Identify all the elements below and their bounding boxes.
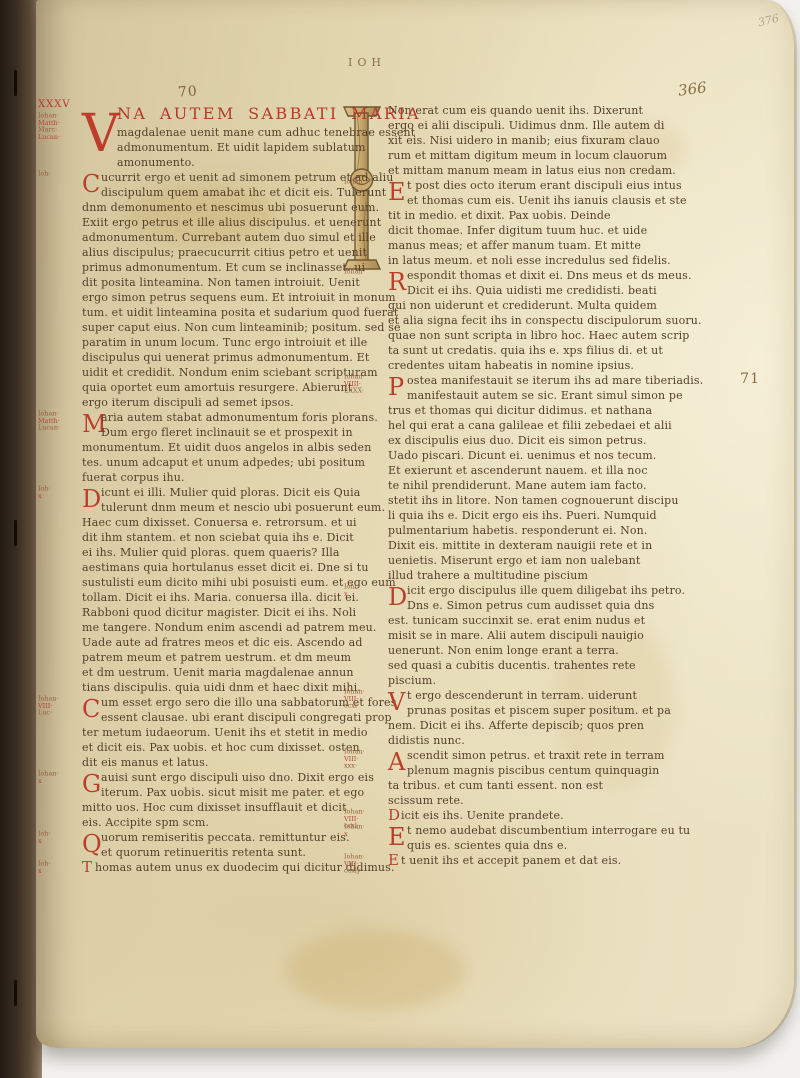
canon-ref-line: Ioh·: [38, 486, 75, 493]
manuscript-text-line: ta tribus. et cum tanti essent. non est: [388, 778, 762, 793]
rubricated-initial: G: [82, 771, 99, 798]
manuscript-text-line: scendit simon petrus. et traxit rete in …: [388, 748, 762, 763]
manuscript-text-line: et thomas cum eis. Uenit ihs ianuis clau…: [388, 193, 762, 208]
quire-mark: 71: [740, 371, 760, 387]
eusebian-canon-note: Iohan·: [344, 179, 381, 186]
manuscript-text-line: mitto uos. Hoc cum dixisset insufflauit …: [82, 800, 383, 815]
eusebian-canon-note: Iohan·VIIII·LXXX·: [344, 374, 381, 395]
manuscript-text-line: Et exierunt et ascenderunt nauem. et ill…: [388, 463, 762, 478]
column-right: Non erat cum eis quando uenit ihs. Dixer…: [388, 103, 762, 868]
text-segment: Iohan·VIII·ccxlyEt uenit ihs et accepit …: [388, 853, 762, 868]
canon-ref-line: Lucan·: [38, 425, 75, 432]
manuscript-text-line: tit in medio. et dixit. Pax uobis. Deind…: [388, 208, 762, 223]
manuscript-text-line: stetit ihs in litore. Non tamen cognouer…: [388, 493, 762, 508]
manuscript-text-line: espondit thomas et dixit ei. Dns meus et…: [388, 268, 762, 283]
manuscript-text-line: uenerunt. Non enim longe erant a terra.: [388, 643, 762, 658]
text-segment: Ioh·xDicunt ei illi. Mulier quid ploras.…: [82, 485, 383, 695]
manuscript-text-line: t ergo descenderunt in terram. uiderunt: [388, 688, 762, 703]
manuscript-text-line: quae non sunt scripta in libro hoc. Haec…: [388, 328, 762, 343]
manuscript-text-line: super caput eius. Non cum linteaminib; p…: [82, 320, 383, 335]
manuscript-text-line: ex discipulis eius duo. Dicit eis simon …: [388, 433, 762, 448]
manuscript-text-line: ergo iterum discipuli ad semet ipsos.: [82, 395, 383, 410]
canon-ref-line: ccxl·: [344, 703, 381, 710]
manuscript-text-line: ta sunt ut credatis. quia ihs e. xps fil…: [388, 343, 762, 358]
manuscript-text-line: admonumentum. Et uidit lapidem sublatum: [82, 140, 383, 155]
manuscript-text-line: in latus meum. et noli esse incredulus s…: [388, 253, 762, 268]
manuscript-text-line: amonumento.: [82, 155, 383, 170]
manuscript-text-line: tum. et uidit linteamina posita et sudar…: [82, 305, 383, 320]
manuscript-page: IOH 366 376 70 XXXVIohan·Matth·Marc·Luca…: [36, 0, 794, 1048]
canon-ref-line: Ioh·: [38, 831, 75, 838]
manuscript-text-line: Uado piscari. Dicunt ei. uenimus et nos …: [388, 448, 762, 463]
manuscript-text-line: dit eis manus et latus.: [82, 755, 383, 770]
rubricated-initial: Q: [82, 831, 99, 858]
manuscript-text-line: um esset ergo sero die illo una sabbator…: [82, 695, 383, 710]
manuscript-text-line: misit se in mare. Alii autem discipuli n…: [388, 628, 762, 643]
eusebian-canon-note: Iohan·VIII·xxx·: [344, 749, 381, 770]
text-segment: Iohan·VIII·Luc·Cum esset ergo sero die i…: [82, 695, 383, 770]
text-segment: Iohan·VIII·ccxl·Dicit eis ihs. Uenite pr…: [388, 808, 762, 823]
manuscript-text-line: patrem meum et patrem uestrum. et dm meu…: [82, 650, 383, 665]
manuscript-text-line: magdalenae uenit mane cum adhuc tenebrae…: [82, 125, 383, 140]
manuscript-text-line: et dm uestrum. Uenit maria magdalenae an…: [82, 665, 383, 680]
manuscript-text-line: ei ihs. Mulier quid ploras. quem quaeris…: [82, 545, 383, 560]
eusebian-canon-note: Ioh·x: [38, 486, 75, 500]
canon-ref-line: Iohan·: [344, 824, 381, 831]
manuscript-text-line: dnm demonumento et nescimus ubi posuerun…: [82, 200, 383, 215]
manuscript-text-line: Dum ergo fleret inclinauit se et prospex…: [82, 425, 383, 440]
manuscript-text-line: illud trahere a multitudine piscium: [388, 568, 762, 583]
manuscript-text-line: qui non uiderunt et crediderunt. Multa q…: [388, 298, 762, 313]
manuscript-text-line: ter metum iudaeorum. Uenit ihs et stetit…: [82, 725, 383, 740]
manuscript-text-line: alius discipulus; praecucurrit citius pe…: [82, 245, 383, 260]
canon-ref-line: Luc·: [38, 710, 75, 717]
manuscript-text-line: quia oportet eum amortuis resurgere. Abi…: [82, 380, 383, 395]
manuscript-text-line: scissum rete.: [388, 793, 762, 808]
rubricated-initial: D: [388, 808, 400, 823]
manuscript-text-line: Haec cum dixisset. Conuersa e. retrorsum…: [82, 515, 383, 530]
canon-ref-line: Iohan·: [344, 269, 381, 276]
manuscript-text-line: ostea manifestauit se iterum ihs ad mare…: [388, 373, 762, 388]
manuscript-text-line: li quia ihs e. Dicit ergo eis ihs. Pueri…: [388, 508, 762, 523]
running-title: IOH: [348, 56, 386, 69]
column-left: XXXVIohan·Matth·Marc·Lucan·VNA AUTEM SAB…: [82, 103, 383, 875]
text-segment: Ioh·xQuorum remiseritis peccata. remittu…: [82, 830, 383, 860]
rubricated-initial: V: [388, 689, 405, 716]
rubricated-initial: E: [388, 179, 405, 206]
manuscript-text-line: discipulum quem amabat ihc et dicit eis.…: [82, 185, 383, 200]
text-segment: Iohan·VIIII·LXXX·71Postea manifestauit s…: [388, 373, 762, 583]
manuscript-text-line: hel qui erat a cana galileae et filii ze…: [388, 418, 762, 433]
text-segment: Iohan·Matth·Lucan·Maria autem stabat adm…: [82, 410, 383, 485]
text-segment: Iohan·Et post dies octo iterum erant dis…: [388, 178, 762, 268]
manuscript-text-line: icit eis ihs. Uenite prandete.: [388, 808, 762, 823]
text-segment: Iohan·Respondit thomas et dixit ei. Dns …: [388, 268, 762, 373]
manuscript-text-line: icunt ei illi. Mulier quid ploras. Dicit…: [82, 485, 383, 500]
eusebian-canon-note: Ioh·x: [38, 831, 75, 845]
canon-ref-line: LXXX·: [344, 388, 381, 395]
chapter-number: XXXV: [38, 99, 71, 110]
manuscript-text-line: manifestauit autem se sic. Erant simul s…: [388, 388, 762, 403]
rubricated-initial: E: [388, 824, 405, 851]
manuscript-text-line: quis es. scientes quia dns e.: [388, 838, 762, 853]
rubricated-initial: D: [388, 584, 405, 611]
text-segment: XXXVIohan·Matth·Marc·Lucan·VNA AUTEM SAB…: [82, 103, 383, 170]
manuscript-text-line: Dixit eis. mittite in dexteram nauigii r…: [388, 538, 762, 553]
manuscript-text-line: primus admonumentum. Et cum se inclinass…: [82, 260, 383, 275]
canon-ref-line: Ioh·: [38, 861, 75, 868]
manuscript-text-line: sed quasi a cubitis ducentis. trahentes …: [388, 658, 762, 673]
canon-ref-line: Ioh·: [38, 171, 75, 178]
manuscript-text-line: Non erat cum eis quando uenit ihs. Dixer…: [388, 103, 762, 118]
text-segment: Iohan·VIII·ccxl·Vt ergo descenderunt in …: [388, 688, 762, 748]
manuscript-text-line: et alia signa fecit ihs in conspectu dis…: [388, 313, 762, 328]
manuscript-text-line: t uenit ihs et accepit panem et dat eis.: [388, 853, 762, 868]
manuscript-text-line: aestimans quia hortulanus esset dicit ei…: [82, 560, 383, 575]
manuscript-text-line: tollam. Dicit ei ihs. Maria. conuersa il…: [82, 590, 383, 605]
binding-stitch: [14, 70, 17, 96]
canon-ref-line: xxx·: [344, 763, 381, 770]
incipit-heading: NA AUTEM SABBATI MARIA: [82, 103, 383, 125]
manuscript-text-line: xit eis. Nisi uidero in manib; eius fixu…: [388, 133, 762, 148]
manuscript-text-line: ergo ei alii discipuli. Uidimus dnm. Ill…: [388, 118, 762, 133]
manuscript-text-line: dit ihm stantem. et non sciebat quia ihs…: [82, 530, 383, 545]
eusebian-canon-note: Iohan·Matth·Lucan·: [38, 411, 75, 432]
eusebian-canon-note: Iohan·VIII·ccxly: [344, 854, 381, 875]
manuscript-text-line: manus meas; et affer manum tuam. Et mitt…: [388, 238, 762, 253]
quire-mark: 70: [177, 83, 198, 100]
manuscript-text-line: eis. Accipite spm scm.: [82, 815, 383, 830]
rubricated-initial: D: [82, 486, 99, 513]
manuscript-text-line: t nemo audebat discumbentium interrogare…: [388, 823, 762, 838]
canon-ref-line: x: [344, 831, 381, 838]
canon-ref-line: x: [38, 868, 75, 875]
manuscript-text-line: homas autem unus ex duodecim qui dicitur…: [82, 860, 383, 875]
rubricated-initial: C: [82, 696, 99, 723]
manuscript-photo: { "page": { "running_title": "IOH", "fol…: [0, 0, 800, 1078]
manuscript-text-line: essent clausae. ubi erant discipuli cong…: [82, 710, 383, 725]
manuscript-text-line: uenietis. Miserunt ergo et iam non ualeb…: [388, 553, 762, 568]
binding-stitch: [14, 980, 17, 1006]
eusebian-canon-note: Iohan·: [344, 269, 381, 276]
text-segment: Non erat cum eis quando uenit ihs. Dixer…: [388, 103, 762, 178]
manuscript-text-line: tulerunt dnm meum et nescio ubi posuerun…: [82, 500, 383, 515]
text-segment: Ioh·Cucurrit ergo et uenit ad simonem pe…: [82, 170, 383, 410]
canon-ref-line: Iohan·: [38, 771, 75, 778]
manuscript-text-line: rum et mittam digitum meum in locum clau…: [388, 148, 762, 163]
manuscript-text-line: Rabboni quod dicitur magister. Dicit ei …: [82, 605, 383, 620]
rubricated-initial: T: [82, 860, 94, 875]
eusebian-canon-note: Ioh·x: [344, 584, 381, 598]
rubricated-initial: P: [388, 374, 405, 401]
text-segment: Iohan·xGauisi sunt ergo discipuli uiso d…: [82, 770, 383, 830]
rubricated-initial: E: [388, 853, 400, 868]
manuscript-text-line: me tangere. Nondum enim ascendi ad patre…: [82, 620, 383, 635]
manuscript-text-line: t post dies octo iterum erant discipuli …: [388, 178, 762, 193]
parchment-stain: [286, 930, 466, 1010]
canon-ref-line: ccxly: [344, 868, 381, 875]
eusebian-canon-note: Ioh·x: [38, 861, 75, 875]
manuscript-text-line: didistis nunc.: [388, 733, 762, 748]
manuscript-text-line: nem. Dicit ei ihs. Afferte depiscib; quo…: [388, 718, 762, 733]
text-segment: Iohan·xEt nemo audebat discumbentium int…: [388, 823, 762, 853]
rubricated-initial: R: [388, 269, 405, 296]
manuscript-text-line: pulmentarium habetis. responderunt ei. N…: [388, 523, 762, 538]
manuscript-text-line: et quorum retinueritis retenta sunt.: [82, 845, 383, 860]
eusebian-canon-note: Iohan·VIII·ccxl·: [344, 689, 381, 710]
manuscript-text-line: Exiit ergo petrus et ille alius discipul…: [82, 215, 383, 230]
manuscript-text-line: te nihil prendiderunt. Mane autem iam fa…: [388, 478, 762, 493]
rubricated-initial: M: [82, 411, 99, 438]
manuscript-text-line: Uade aute ad fratres meos et dic eis. As…: [82, 635, 383, 650]
canon-ref-line: x: [344, 591, 381, 598]
manuscript-text-line: auisi sunt ergo discipuli uiso dno. Dixi…: [82, 770, 383, 785]
eusebian-canon-note: Ioh·: [38, 171, 75, 178]
manuscript-text-line: monumentum. Et uidit duos angelos in alb…: [82, 440, 383, 455]
canon-ref-line: Ioh·: [344, 584, 381, 591]
canon-ref-line: x: [38, 778, 75, 785]
rubricated-initial: C: [82, 171, 99, 198]
manuscript-text-line: plenum magnis piscibus centum quinquagin: [388, 763, 762, 778]
manuscript-text-line: ucurrit ergo et uenit ad simonem petrum …: [82, 170, 383, 185]
eusebian-canon-note: Iohan·x: [344, 824, 381, 838]
manuscript-text-line: sustulisti eum dicito mihi ubi posuisti …: [82, 575, 383, 590]
manuscript-text-line: et mittam manum meam in latus eius non c…: [388, 163, 762, 178]
eusebian-canon-note: Iohan·Matth·Marc·Lucan·: [38, 113, 75, 141]
manuscript-text-line: discipulus qui uenerat primus admonument…: [82, 350, 383, 365]
text-segment: Iohan·VIII·xxx·Ascendit simon petrus. et…: [388, 748, 762, 808]
manuscript-text-line: iterum. Pax uobis. sicut misit me pater.…: [82, 785, 383, 800]
canon-ref-line: Iohan·: [344, 179, 381, 186]
canon-ref-line: x: [38, 493, 75, 500]
text-segment: Ioh·xThomas autem unus ex duodecim qui d…: [82, 860, 383, 875]
manuscript-text-line: ergo simon petrus sequens eum. Et introi…: [82, 290, 383, 305]
binding-stitch: [14, 520, 17, 546]
manuscript-text-line: admonumentum. Currebant autem duo simul …: [82, 230, 383, 245]
manuscript-text-line: dicit thomae. Infer digitum tuum huc. et…: [388, 223, 762, 238]
manuscript-text-line: icit ergo discipulus ille quem diligebat…: [388, 583, 762, 598]
manuscript-text-line: tians discipulis. quia uidi dnm et haec …: [82, 680, 383, 695]
manuscript-text-line: dit posita linteamina. Non tamen introiu…: [82, 275, 383, 290]
manuscript-text-line: trus et thomas qui dicitur didimus. et n…: [388, 403, 762, 418]
eusebian-canon-note: Iohan·VIII·Luc·: [38, 696, 75, 717]
pencil-foliation: 376: [757, 12, 781, 30]
manuscript-text-line: Dns e. Simon petrus cum audisset quia dn…: [388, 598, 762, 613]
manuscript-text-line: aria autem stabat admonumentum foris plo…: [82, 410, 383, 425]
text-segment: Ioh·xDicit ergo discipulus ille quem dil…: [388, 583, 762, 688]
manuscript-text-line: paratim in unum locum. Tunc ergo introiu…: [82, 335, 383, 350]
canon-ref-line: Lucan·: [38, 134, 75, 141]
manuscript-text-line: uorum remiseritis peccata. remittuntur e…: [82, 830, 383, 845]
manuscript-text-line: fuerat corpus ihu.: [82, 470, 383, 485]
manuscript-text-line: tes. unum adcaput et unum adpedes; ubi p…: [82, 455, 383, 470]
manuscript-text-line: piscium.: [388, 673, 762, 688]
eusebian-canon-note: Iohan·x: [38, 771, 75, 785]
manuscript-text-line: uidit et credidit. Nondum enim sciebant …: [82, 365, 383, 380]
manuscript-text-line: est. tunicam succinxit se. erat enim nud…: [388, 613, 762, 628]
rubricated-initial: A: [388, 749, 405, 776]
canon-ref-line: x: [38, 838, 75, 845]
manuscript-text-line: Dicit ei ihs. Quia uidisti me credidisti…: [388, 283, 762, 298]
manuscript-text-line: prunas positas et piscem super positum. …: [388, 703, 762, 718]
rubricated-initial: V: [82, 106, 115, 162]
manuscript-text-line: credentes uitam habeatis in nomine ipsiu…: [388, 358, 762, 373]
manuscript-text-line: et dicit eis. Pax uobis. et hoc cum dixi…: [82, 740, 383, 755]
folio-number: 366: [677, 78, 708, 99]
